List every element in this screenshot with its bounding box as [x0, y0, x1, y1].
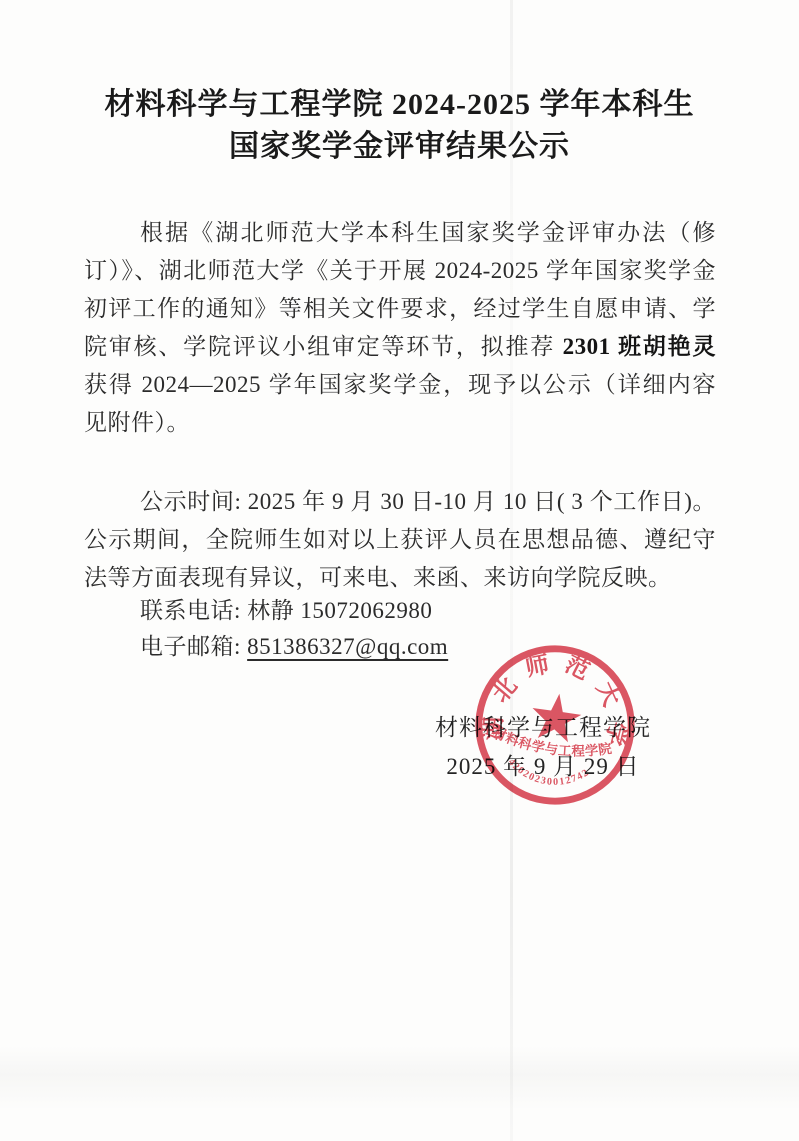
contact-email: 电子邮箱: 851386327@qq.com [140, 628, 448, 666]
title-line-1: 材料科学与工程学院 2024-2025 学年本科生 [0, 84, 799, 126]
paragraph1-line4-text: 院审核、学院评议小组审定等环节，拟推荐 [84, 334, 563, 359]
title-line-2: 国家奖学金评审结果公示 [0, 126, 799, 168]
paragraph1-line1: 根据《湖北师范大学本科生国家奖学金评审办法（修 [84, 214, 716, 252]
email-address: 851386327@qq.com [247, 634, 448, 659]
paragraph1-line4: 院审核、学院评议小组审定等环节，拟推荐 2301 班胡艳灵 [84, 328, 716, 366]
paragraph1-line6: 见附件）。 [84, 404, 716, 442]
signature-date: 2025 年 9 月 29 日 [435, 747, 651, 786]
paragraph2-line2: 公示期间，全院师生如对以上获评人员在思想品德、遵纪守 [84, 521, 716, 559]
signature-college: 材料科学与工程学院 [435, 708, 651, 747]
scan-noise-band [0, 1046, 799, 1110]
signature-block: 材料科学与工程学院 2025 年 9 月 29 日 [435, 708, 651, 786]
contact-phone: 联系电话: 林静 15072062980 [140, 592, 432, 630]
scanned-document-page: 材料科学与工程学院 2024-2025 学年本科生 国家奖学金评审结果公示 根据… [0, 0, 799, 1141]
paragraph1-line3: 初评工作的通知》等相关文件要求，经过学生自愿申请、学 [84, 290, 716, 328]
paragraph1-line5: 获得 2024—2025 学年国家奖学金，现予以公示（详细内容 [84, 366, 716, 404]
paragraph2-line1: 公示时间: 2025 年 9 月 30 日-10 月 10 日( 3 个工作日)… [84, 483, 716, 521]
awardee-name: 2301 班胡艳灵 [563, 334, 716, 359]
paragraph1-line2: 订）》、湖北师范大学《关于开展 2024-2025 学年国家奖学金 [84, 252, 716, 290]
document-title: 材料科学与工程学院 2024-2025 学年本科生 国家奖学金评审结果公示 [0, 84, 799, 168]
email-label: 电子邮箱: [140, 634, 247, 659]
